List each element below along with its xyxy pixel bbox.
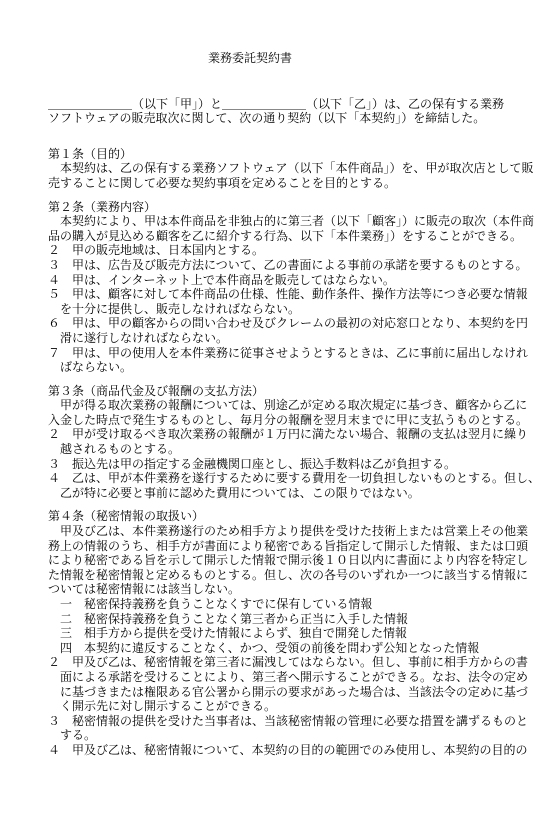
contract-document: 業務委託契約書 ＿＿＿＿＿＿＿（以下「甲」）と＿＿＿＿＿＿＿（以下「乙」）は、乙… bbox=[48, 51, 520, 758]
contract-line: た情報を秘密情報と定めるものとする。但し、次の各号のいずれか一つに該当する情報に bbox=[48, 568, 520, 583]
contract-line: する。 bbox=[48, 728, 520, 743]
contract-line: ２ 甲及び乙は、秘密情報を第三者に漏洩してはならない。但し、事前に相手方からの書 bbox=[48, 655, 520, 670]
contract-line: 一 秘密保持義務を負うことなくすでに保有している情報 bbox=[48, 597, 520, 612]
contract-section-4: 第４条（秘密情報の取扱い） 甲及び乙は、本件業務遂行のため相手方より提供を受けた… bbox=[48, 509, 520, 757]
contract-line: く開示先に対し開示することができる。 bbox=[48, 699, 520, 714]
contract-line: 越されるものとする。 bbox=[48, 442, 520, 457]
contract-line: ３ 秘密情報の提供を受けた当事者は、当該秘密情報の管理に必要な措置を講ずるものと bbox=[48, 714, 520, 729]
contract-line: 務上の情報のうち、相手方が書面により秘密である旨指定して開示した情報、または口頭 bbox=[48, 539, 520, 554]
contract-line: 三 相手方から提供を受けた情報によらず、独自で開発した情報 bbox=[48, 626, 520, 641]
contract-section-1: 第１条（目的） 本契約は、乙の保有する業務ソフトウェア（以下「本件商品」）を、甲… bbox=[48, 147, 520, 191]
contract-line: により秘密である旨を示して開示した情報で開示後１０日以内に書面により内容を特定し bbox=[48, 553, 520, 568]
contract-line: ３ 振込先は甲の指定する金融機関口座とし、振込手数料は乙が負担する。 bbox=[48, 457, 520, 472]
contract-line: ７ 甲は、甲の使用人を本件業務に従事させようとするときは、乙に事前に届出しなけれ bbox=[48, 346, 520, 361]
contract-line: を十分に提供し、販売しなければならない。 bbox=[48, 302, 520, 317]
contract-line: 売することに関して必要な契約事項を定めることを目的とする。 bbox=[48, 176, 520, 191]
section-heading: 第２条（業務内容） bbox=[48, 200, 520, 215]
contract-line: 本契約は、乙の保有する業務ソフトウェア（以下「本件商品」）を、甲が取次店として販 bbox=[48, 161, 520, 176]
section-heading: 第１条（目的） bbox=[48, 147, 520, 162]
contract-line: 面による承諾を受けることにより、第三者へ開示することができる。なお、法令の定め bbox=[48, 670, 520, 685]
contract-line: ２ 甲が受け取るべき取次業務の報酬が１万円に満たない場合、報酬の支払は翌月に繰り bbox=[48, 427, 520, 442]
section-heading: 第４条（秘密情報の取扱い） bbox=[48, 509, 520, 524]
contract-line: 入金した時点で発生するものとし、毎月分の報酬を翌月末までに甲に支払うものとする。 bbox=[48, 413, 520, 428]
contract-line: に基づきまたは権限ある官公署から開示の要求があった場合は、当該法令の定めに基づ bbox=[48, 685, 520, 700]
contract-line: ４ 甲及び乙は、秘密情報について、本契約の目的の範囲でのみ使用し、本契約の目的の bbox=[48, 743, 520, 758]
contract-line: ４ 乙は、甲が本件業務を遂行するために要する費用を一切負担しないものとする。但し… bbox=[48, 471, 520, 486]
intro-line: ソフトウェアの販売取次に関して、次の通り契約（以下「本契約」）を締結した。 bbox=[48, 111, 520, 126]
contract-line: 本契約により、甲は本件商品を非独占的に第三者（以下「顧客」）に販売の取次（本件商 bbox=[48, 214, 520, 229]
intro-line: ＿＿＿＿＿＿＿（以下「甲」）と＿＿＿＿＿＿＿（以下「乙」）は、乙の保有する業務 bbox=[48, 97, 520, 112]
contract-line: ２ 甲の販売地域は、日本国内とする。 bbox=[48, 243, 520, 258]
section-heading: 第３条（商品代金及び報酬の支払方法） bbox=[48, 384, 520, 399]
sections-container: 第１条（目的） 本契約は、乙の保有する業務ソフトウェア（以下「本件商品」）を、甲… bbox=[48, 147, 520, 758]
contract-line: 二 秘密保持義務を負うことなく第三者から正当に入手した情報 bbox=[48, 612, 520, 627]
contract-line: 四 本契約に違反することなく、かつ、受領の前後を問わず公知となった情報 bbox=[48, 641, 520, 656]
page-title: 業務委託契約書 bbox=[208, 51, 520, 66]
contract-line: 甲が得る取次業務の報酬については、別途乙が定める取次規定に基づき、顧客から乙に bbox=[48, 398, 520, 413]
contract-line: ついては秘密情報には該当しない。 bbox=[48, 582, 520, 597]
intro-paragraph: ＿＿＿＿＿＿＿（以下「甲」）と＿＿＿＿＿＿＿（以下「乙」）は、乙の保有する業務ソ… bbox=[48, 97, 520, 126]
contract-line: ばならない。 bbox=[48, 360, 520, 375]
contract-line: ５ 甲は、顧客に対して本件商品の仕様、性能、動作条件、操作方法等につき必要な情報 bbox=[48, 287, 520, 302]
contract-section-2: 第２条（業務内容） 本契約により、甲は本件商品を非独占的に第三者（以下「顧客」）… bbox=[48, 200, 520, 375]
contract-line: ６ 甲は、甲の顧客からの問い合わせ及びクレームの最初の対応窓口となり、本契約を円 bbox=[48, 316, 520, 331]
contract-line: 品の購入が見込める顧客を乙に紹介する行為、以下「本件業務」）をすることができる。 bbox=[48, 229, 520, 244]
contract-section-3: 第３条（商品代金及び報酬の支払方法） 甲が得る取次業務の報酬については、別途乙が… bbox=[48, 384, 520, 501]
contract-line: 乙が特に必要と事前に認めた費用については、この限りではない。 bbox=[48, 486, 520, 501]
contract-line: ３ 甲は、広告及び販売方法について、乙の書面による事前の承諾を要するものとする。 bbox=[48, 258, 520, 273]
document-page: 業務委託契約書 ＿＿＿＿＿＿＿（以下「甲」）と＿＿＿＿＿＿＿（以下「乙」）は、乙… bbox=[0, 0, 551, 813]
contract-line: 甲及び乙は、本件業務遂行のため相手方より提供を受けた技術上または営業上その他業 bbox=[48, 524, 520, 539]
contract-line: ４ 甲は、インターネット上で本件商品を販売してはならない。 bbox=[48, 273, 520, 288]
contract-line: 滑に遂行しなければならない。 bbox=[48, 331, 520, 346]
